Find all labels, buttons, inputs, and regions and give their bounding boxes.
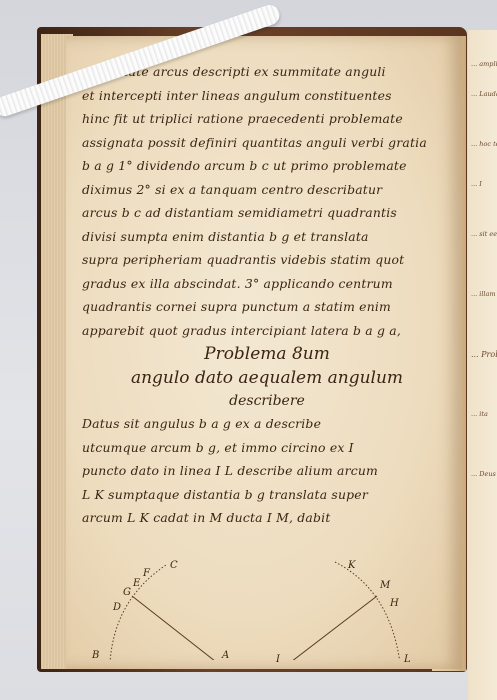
- point-label-c: C: [170, 560, 178, 571]
- point-label-l: L: [404, 654, 411, 665]
- point-label-a: A: [222, 650, 229, 661]
- text-line: quadrantis cornei supra punctum a statim…: [82, 295, 452, 319]
- right-page-fragment: ... Deus: [471, 470, 496, 478]
- text-line: gradus ex illa abscindat. 3° applicando …: [82, 272, 452, 296]
- text-line: b a g 1° dividendo arcum b c ut primo pr…: [82, 154, 452, 178]
- right-page-fragment: ... illam: [471, 290, 496, 298]
- point-label-m: M: [380, 580, 390, 591]
- point-label-h: H: [390, 598, 399, 609]
- text-line: utcumque arcum b g, et immo circino ex I: [82, 436, 452, 460]
- point-label-g: G: [123, 587, 131, 598]
- point-label-d: D: [113, 602, 121, 613]
- text-line: arcum L K cadat in M ducta I M, dabit: [82, 506, 452, 530]
- right-page-fragment: ... sit ee: [471, 230, 497, 238]
- text-line: puncto dato in linea I L describe alium …: [82, 459, 452, 483]
- text-line: L K sumptaque distantia b g translata su…: [82, 483, 452, 507]
- point-label-b: B: [92, 650, 99, 661]
- problem-heading: Problema 8um: [82, 342, 452, 366]
- text-line: divisi sumpta enim distantia b g et tran…: [82, 225, 452, 249]
- right-page-fragment: ... I: [471, 180, 482, 188]
- text-line: diximus 2° si ex a tanquam centro descri…: [82, 178, 452, 202]
- text-line: assignata possit definiri quantitas angu…: [82, 131, 452, 155]
- angle-construction-figure: [80, 550, 440, 660]
- right-page-fragment: ... Problema: [471, 350, 497, 359]
- text-line: arcus b c ad distantiam semidiametri qua…: [82, 201, 452, 225]
- right-page-fragment: ... Lauda: [471, 90, 497, 98]
- text-line: et intercepti inter lineas angulum const…: [82, 84, 452, 108]
- point-label-e: E: [133, 578, 140, 589]
- text-line: apparebit quot gradus intercipiant later…: [82, 319, 452, 343]
- right-page-fragment: ... hoc te: [471, 140, 497, 148]
- text-line: Datus sit angulus b a g ex a describe: [82, 412, 452, 436]
- problem-heading: describere: [82, 390, 452, 412]
- problem-heading: angulo dato aequalem angulum: [82, 366, 452, 390]
- right-page-fragment: ... ampli: [471, 60, 497, 68]
- manuscript-text: quantitate arcus descripti ex summitate …: [82, 60, 452, 530]
- right-page: ... ampli ... Lauda ... hoc te ... I ...…: [468, 30, 497, 700]
- point-label-f: F: [143, 568, 150, 579]
- text-line: supra peripheriam quadrantis videbis sta…: [82, 248, 452, 272]
- right-page-fragment: ... ita: [471, 410, 488, 418]
- point-label-i: I: [276, 654, 280, 665]
- text-line: hinc fit ut triplici ratione praecedenti…: [82, 107, 452, 131]
- point-label-k: K: [348, 560, 355, 571]
- geometry-diagram: B D G E F C A I M K H L: [80, 550, 440, 660]
